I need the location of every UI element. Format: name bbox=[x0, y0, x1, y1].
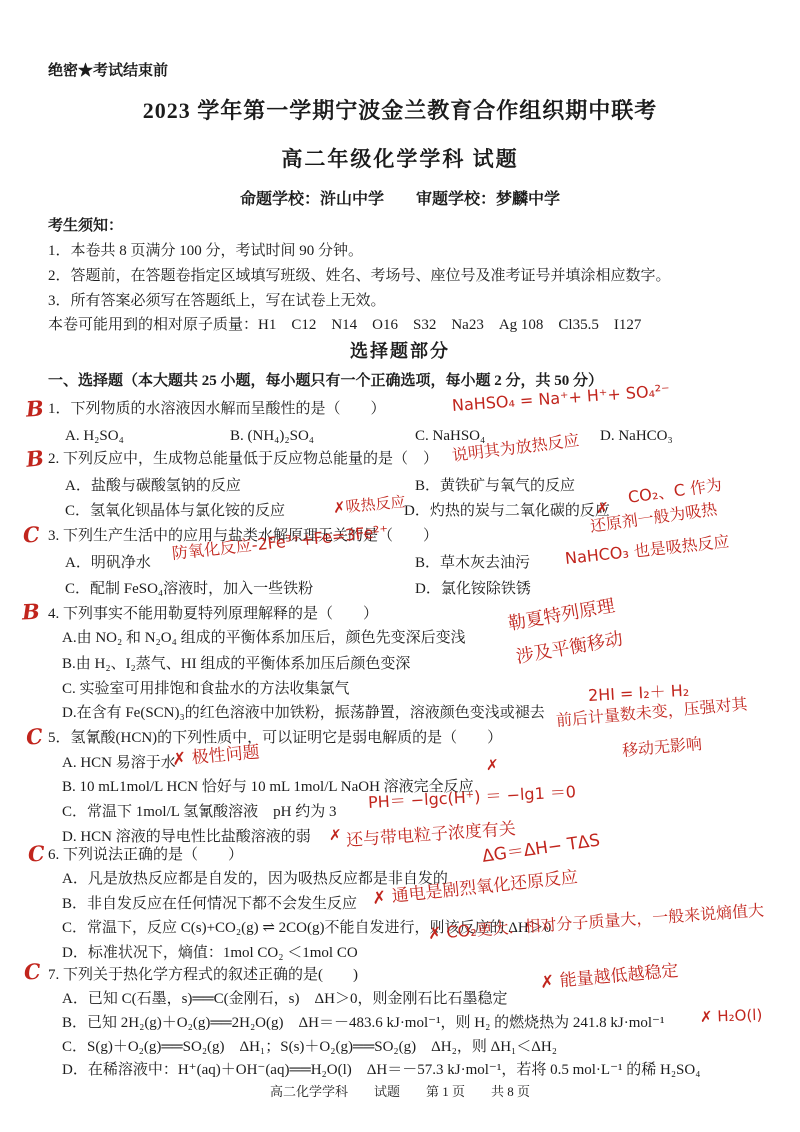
notice-item-3: 3．所有答案必须写在答题纸上，写在试卷上无效。 bbox=[48, 292, 386, 311]
exam-page: 绝密★考试结束前 2023 学年第一学期宁波金兰教育合作组织期中联考 高二年级化… bbox=[0, 0, 800, 1132]
answer-mark-q4: B bbox=[21, 599, 40, 625]
q6-option-d: D．标准状况下，熵值：1mol CO₂ ＜1mol CO bbox=[62, 944, 358, 963]
exam-title: 2023 学年第一学期宁波金兰教育合作组织期中联考 bbox=[0, 97, 800, 125]
q7-option-c: C．S(g)＋O₂(g)══SO₂(g) ΔH₁；S(s)＋O₂(g)══SO₂… bbox=[62, 1038, 557, 1057]
security-marking: 绝密★考试结束前 bbox=[48, 62, 168, 81]
answer-mark-q7: C bbox=[23, 958, 42, 984]
annotation-q5b-cross: ✗ bbox=[486, 756, 499, 774]
answer-mark-q6: C bbox=[27, 840, 45, 866]
part-title: 选择题部分 bbox=[0, 340, 800, 363]
q3-option-d: D．氯化铵除铁锈 bbox=[415, 580, 531, 599]
q5-option-c: C．常温下 1mol/L 氢氰酸溶液 pH 约为 3 bbox=[62, 803, 336, 822]
q3-option-a: A．明矾净水 bbox=[65, 554, 151, 573]
annotation-q6d-entropy-note: ✗ CO₂更大．相对分子质量大，一般来说熵值大 bbox=[427, 898, 764, 944]
q5-option-d: D. HCN 溶液的导电性比盐酸溶液的弱 bbox=[62, 828, 311, 847]
annotation-q2c-endothermic: ✗吸热反应 bbox=[332, 491, 406, 518]
answer-mark-q5: C bbox=[25, 723, 44, 750]
section-instructions: 一、选择题（本大题共 25 小题，每小题只有一个正确选项，每小题 2 分，共 5… bbox=[48, 372, 603, 391]
q4-option-b: B.由 H₂、I₂蒸气、HI 组成的平衡体系加压后颜色变深 bbox=[62, 655, 410, 674]
q4-option-a: A.由 NO₂ 和 N₂O₄ 组成的平衡体系加压后，颜色先变深后变浅 bbox=[62, 629, 466, 648]
q4-stem: 4. 下列事实不能用勒夏特列原理解释的是（ ） bbox=[48, 605, 378, 624]
q1-stem: 1．下列物质的水溶液因水解而呈酸性的是（ ） bbox=[48, 400, 386, 419]
q7-option-b: B．已知 2H₂(g)＋O₂(g)══2H₂O(g) ΔH＝－483.6 kJ·… bbox=[62, 1014, 664, 1033]
annotation-q3a-iron-equation: 防氧化反应-2Fe³⁺+Fe=3Fe²⁺ bbox=[171, 518, 389, 564]
atomic-masses-line: 本卷可能用到的相对原子质量：H1 C12 N14 O16 S32 Na23 Ag… bbox=[48, 316, 641, 335]
q1-option-b: B. (NH₄)₂SO₄ bbox=[230, 427, 314, 446]
annotation-q7a-stability-note: ✗ 能量越低越稳定 bbox=[539, 956, 679, 993]
q1-option-d: D. NaHCO₃ bbox=[600, 427, 673, 446]
exam-subtitle: 高二年级化学学科 试题 bbox=[0, 146, 800, 172]
q4-option-c: C. 实验室可用排饱和食盐水的方法收集氯气 bbox=[62, 680, 350, 699]
q7-stem: 7. 下列关于热化学方程式的叙述正确的是( ) bbox=[48, 966, 358, 985]
q2-option-b: B．黄铁矿与氧气的反应 bbox=[415, 477, 575, 496]
q3-option-b: B．草木灰去油污 bbox=[415, 554, 530, 573]
notice-item-1: 1．本卷共 8 页满分 100 分，考试时间 90 分钟。 bbox=[48, 242, 363, 261]
q7-option-a: A．已知 C(石墨，s)══C(金刚石，s) ΔH＞0，则金刚石比石墨稳定 bbox=[62, 990, 507, 1009]
q2-option-d: D．灼热的炭与二氧化碳的反应 bbox=[404, 502, 610, 521]
q5-stem: 5．氢氰酸(HCN)的下列性质中，可以证明它是弱电解质的是（ ） bbox=[48, 729, 502, 748]
school-line: 命题学校：浒山中学 审题学校：梦麟中学 bbox=[0, 190, 800, 210]
answer-mark-q3: C bbox=[22, 521, 41, 547]
annotation-q5d-cross: ✗ bbox=[329, 826, 342, 844]
notice-heading: 考生须知： bbox=[48, 217, 123, 236]
q2-stem: 2. 下列反应中，生成物总能量低于反应物总能量的是（ ） bbox=[48, 450, 438, 469]
page-footer: 高二化学学科 试题 第 1 页 共 8 页 bbox=[0, 1084, 800, 1100]
answer-mark-q1: B bbox=[25, 395, 44, 421]
q6-stem: 6. 下列说法正确的是（ ） bbox=[48, 846, 243, 865]
q3-option-c: C．配制 FeSO₄溶液时，加入一些铁粉 bbox=[65, 580, 313, 599]
q7-option-d: D．在稀溶液中：H⁺(aq)＋OH⁻(aq)══H₂O(l) ΔH＝－57.3 … bbox=[62, 1061, 700, 1080]
q5-option-a: A. HCN 易溶于水 bbox=[62, 754, 176, 773]
annotation-q4d-line3: 移动无影响 bbox=[621, 731, 703, 761]
annotation-q7b-water-state: ✗ H₂O(l) bbox=[700, 1006, 763, 1026]
answer-mark-q2: B bbox=[25, 445, 45, 472]
q2-option-a: A．盐酸与碳酸氢钠的反应 bbox=[65, 477, 241, 496]
notice-item-2: 2．答题前，在答题卷指定区域填写班级、姓名、考场号、座位号及准考证号并填涂相应数… bbox=[48, 267, 671, 286]
q6-option-b: B．非自发反应在任何情况下都不会发生反应 bbox=[62, 895, 357, 914]
q4-option-d: D.在含有 Fe(SCN)₃的红色溶液中加铁粉，振荡静置，溶液颜色变浅或褪去 bbox=[62, 704, 545, 723]
q2-option-c: C．氢氧化钡晶体与氯化铵的反应 bbox=[65, 502, 285, 521]
annotation-q2d-line3: NaHCO₃ 也是吸热反应 bbox=[564, 529, 731, 569]
q1-option-a: A. H₂SO₄ bbox=[65, 427, 124, 446]
